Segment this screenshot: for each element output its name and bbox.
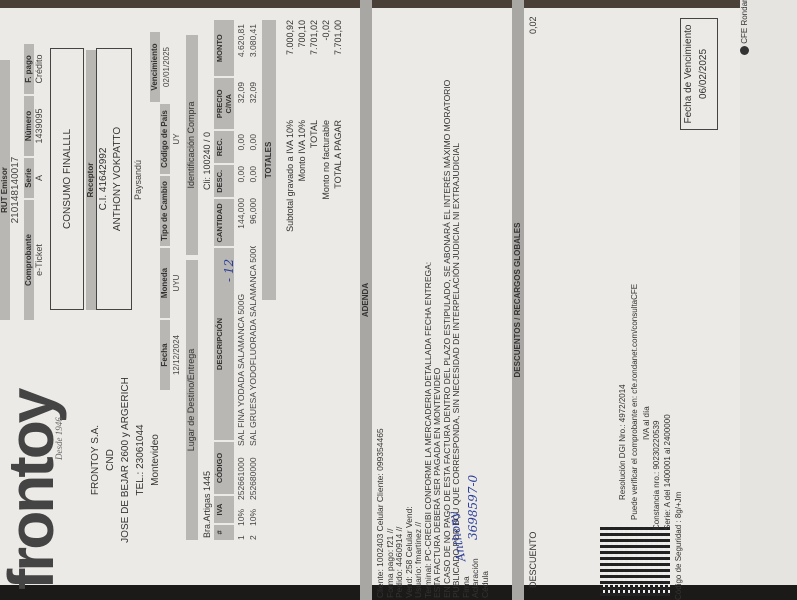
table-cell: 96,000 (248, 198, 258, 244)
table-cell: 0,00 (236, 166, 246, 196)
column-header: PRECIO C/IVA (214, 78, 234, 129)
adenda-line: Forma pago: f21 // (386, 0, 396, 598)
totales-row-value: 7.701,00 (332, 20, 344, 120)
column-header: CANTIDAD (214, 199, 234, 246)
fecha-value: 12/12/2024 (172, 320, 181, 390)
totales-row-value: 7.000,92 (284, 20, 296, 120)
table-row: 110%252661000SAL FINA YODADA SALAMANCA 5… (236, 20, 246, 540)
table-cell: 32,09 (248, 82, 258, 132)
fpago-label: F. pago (24, 44, 34, 94)
serie-range: Serie: A del 1400001 al 2400000 (663, 414, 672, 530)
address: JOSE DE BEJAR 2600 y ARGERICH (118, 360, 133, 560)
items-table: #IVACÓDIGODESCRIPCIÓNCANTIDADDESC.REC.PR… (214, 20, 258, 540)
adenda-label: ADENDA (360, 0, 372, 600)
totales-row-value: 7.701,02 (308, 20, 320, 120)
totales-row-value: -0,02 (320, 20, 332, 120)
branch: CND (103, 360, 118, 560)
serie-label: Serie (24, 158, 34, 198)
comprobante-label: Comprobante (24, 200, 34, 320)
lugar-value: Bra.Artigas 1445 (202, 471, 212, 538)
table-cell: SAL GRUESA YODOFLUORADA SALAMANCA 500G (248, 246, 258, 446)
receipt-document: frontoy Desde 1946 FRONTOY S.A. CND JOSE… (0, 0, 760, 600)
codigo-seguridad: Código de Seguridad : 8g/+Jm (674, 492, 683, 600)
table-cell: 144,000 (236, 198, 246, 244)
table-cell: 1 (236, 528, 246, 540)
codigo-pais-label: Código de País (160, 104, 170, 174)
verificar-link[interactable]: Puede verificar el comprobante en: cfe.r… (630, 284, 639, 520)
numero-label: Número (24, 96, 34, 156)
ident-label: Identificación Compra (186, 35, 198, 255)
receptor-ci: C.I. 41642992 (97, 49, 111, 309)
totales-section: Subtotal gravado a IVA 10%7.000,92Monto … (284, 20, 344, 270)
moneda-value: UYU (172, 248, 181, 318)
resolucion: Resolución DGI Nro.: 4972/2014 (618, 384, 627, 500)
adenda-line: Cédula (481, 0, 491, 598)
vencimiento-value: 02/01/2025 (162, 32, 171, 102)
column-header: IVA (214, 496, 234, 522)
consumo-final-box: CONSUMO FINALLLL (50, 48, 84, 310)
serie-value: A (34, 158, 44, 198)
adenda-line: Cliente: 1002403 Celular Cliente: 099354… (376, 0, 386, 598)
totales-label: TOTALES (262, 20, 276, 300)
adenda-line: PUBLICADO POR BCU QUE CORRESPONDA, SIN N… (452, 0, 462, 598)
descuentos-label: DESCUENTOS / RECARGOS GLOBALES (512, 0, 524, 600)
company-name: FRONTOY S.A. (88, 360, 103, 560)
table-cell: 0,00 (236, 134, 246, 164)
column-header: DESC. (214, 165, 234, 197)
totales-row: TOTAL A PAGAR7.701,00 (332, 20, 344, 270)
numero-value: 1439095 (34, 96, 44, 156)
moneda-label: Moneda (160, 248, 170, 318)
provider-name: CFE Rondanet (740, 0, 749, 44)
table-cell: 10% (248, 502, 258, 526)
totales-row: TOTAL7.701,02 (308, 20, 320, 270)
items-table-body: 110%252661000SAL FINA YODADA SALAMANCA 5… (236, 20, 258, 540)
tipo-cambio-label: Tipo de Cambio (160, 176, 170, 246)
constancia: Constancia nro.: 90230220539 (652, 421, 661, 530)
rut-label: RUT Emisor (0, 60, 10, 320)
footer-vencimiento-label: Fecha de Vencimiento (681, 19, 696, 129)
descuento-row-label: DESCUENTO (528, 532, 538, 588)
totales-row: Subtotal gravado a IVA 10%7.000,92 (284, 20, 296, 270)
column-header: CÓDIGO (214, 442, 234, 495)
table-cell: 4.620,81 (236, 24, 246, 80)
table-cell: 3.080,41 (248, 24, 258, 80)
receptor-city: Paysandú (133, 50, 143, 310)
table-cell: 0,00 (248, 134, 258, 164)
totales-row-label: TOTAL (308, 120, 320, 270)
totales-row-value: 700,10 (296, 20, 308, 120)
totales-row: Monto IVA 10%700,10 (296, 20, 308, 270)
provider-icon (740, 46, 749, 55)
emitter-info: FRONTOY S.A. CND JOSE DE BEJAR 2600 y AR… (88, 360, 163, 560)
consumo-final-text: CONSUMO FINALLLL (62, 129, 73, 229)
rut-value: 210148140017 (10, 60, 21, 320)
qr-code[interactable] (600, 526, 670, 596)
column-header: REC. (214, 131, 234, 163)
ident-value: Cli: 100240 / 0 (202, 132, 212, 190)
receptor-name: ANTHONY VOKPATTO (111, 49, 125, 309)
totales-row-label: Monto no facturable (320, 120, 332, 270)
footer-vencimiento-value: 06/02/2025 (696, 19, 711, 129)
descuento-row-value: 0,02 (528, 16, 538, 34)
table-cell: 2 (248, 528, 258, 540)
phone: TEL.: 23061044 (133, 360, 148, 560)
table-cell: 252680000 (248, 448, 258, 500)
city: Montevideo (148, 360, 163, 560)
table-cell: 32,09 (236, 82, 246, 132)
handwritten-note: - 12 (222, 259, 236, 282)
codigo-pais-value: UY (172, 104, 181, 174)
lugar-label: Lugar de Destino/Entrega (186, 260, 198, 540)
receptor-box: C.I. 41642992 ANTHONY VOKPATTO (96, 48, 132, 310)
table-cell: 252661000 (236, 448, 246, 500)
receptor-label: Receptor (86, 50, 96, 310)
fecha-label: Fecha (160, 320, 170, 390)
provider-label: CFE Rondanet (740, 0, 749, 55)
iva-al-dia: IVA al día (642, 406, 651, 440)
totales-row-label: Monto IVA 10% (296, 120, 308, 270)
table-cell: 0,00 (248, 166, 258, 196)
totales-row-label: TOTAL A PAGAR (332, 120, 344, 270)
vencimiento-box: Fecha de Vencimiento 06/02/2025 (680, 18, 718, 130)
table-row: 210%252680000SAL GRUESA YODOFLUORADA SAL… (248, 20, 258, 540)
column-header: MONTO (214, 20, 234, 76)
brand-tagline: Desde 1946 (54, 417, 64, 460)
table-cell: 10% (236, 502, 246, 526)
adenda-line: Vend: 258 Celular Vend: (405, 0, 415, 598)
fpago-value: Crédito (34, 44, 44, 94)
totales-row-label: Subtotal gravado a IVA 10% (284, 120, 296, 270)
handwritten-cedula: 3698597-0 (466, 475, 480, 540)
column-header: # (214, 525, 234, 540)
table-cell: SAL FINA YODADA SALAMANCA 500G (236, 246, 246, 446)
totales-row: Monto no facturable-0,02 (320, 20, 332, 270)
vencimiento-label: Vencimiento (150, 32, 160, 102)
comprobante-value: e-Ticket (34, 200, 44, 320)
